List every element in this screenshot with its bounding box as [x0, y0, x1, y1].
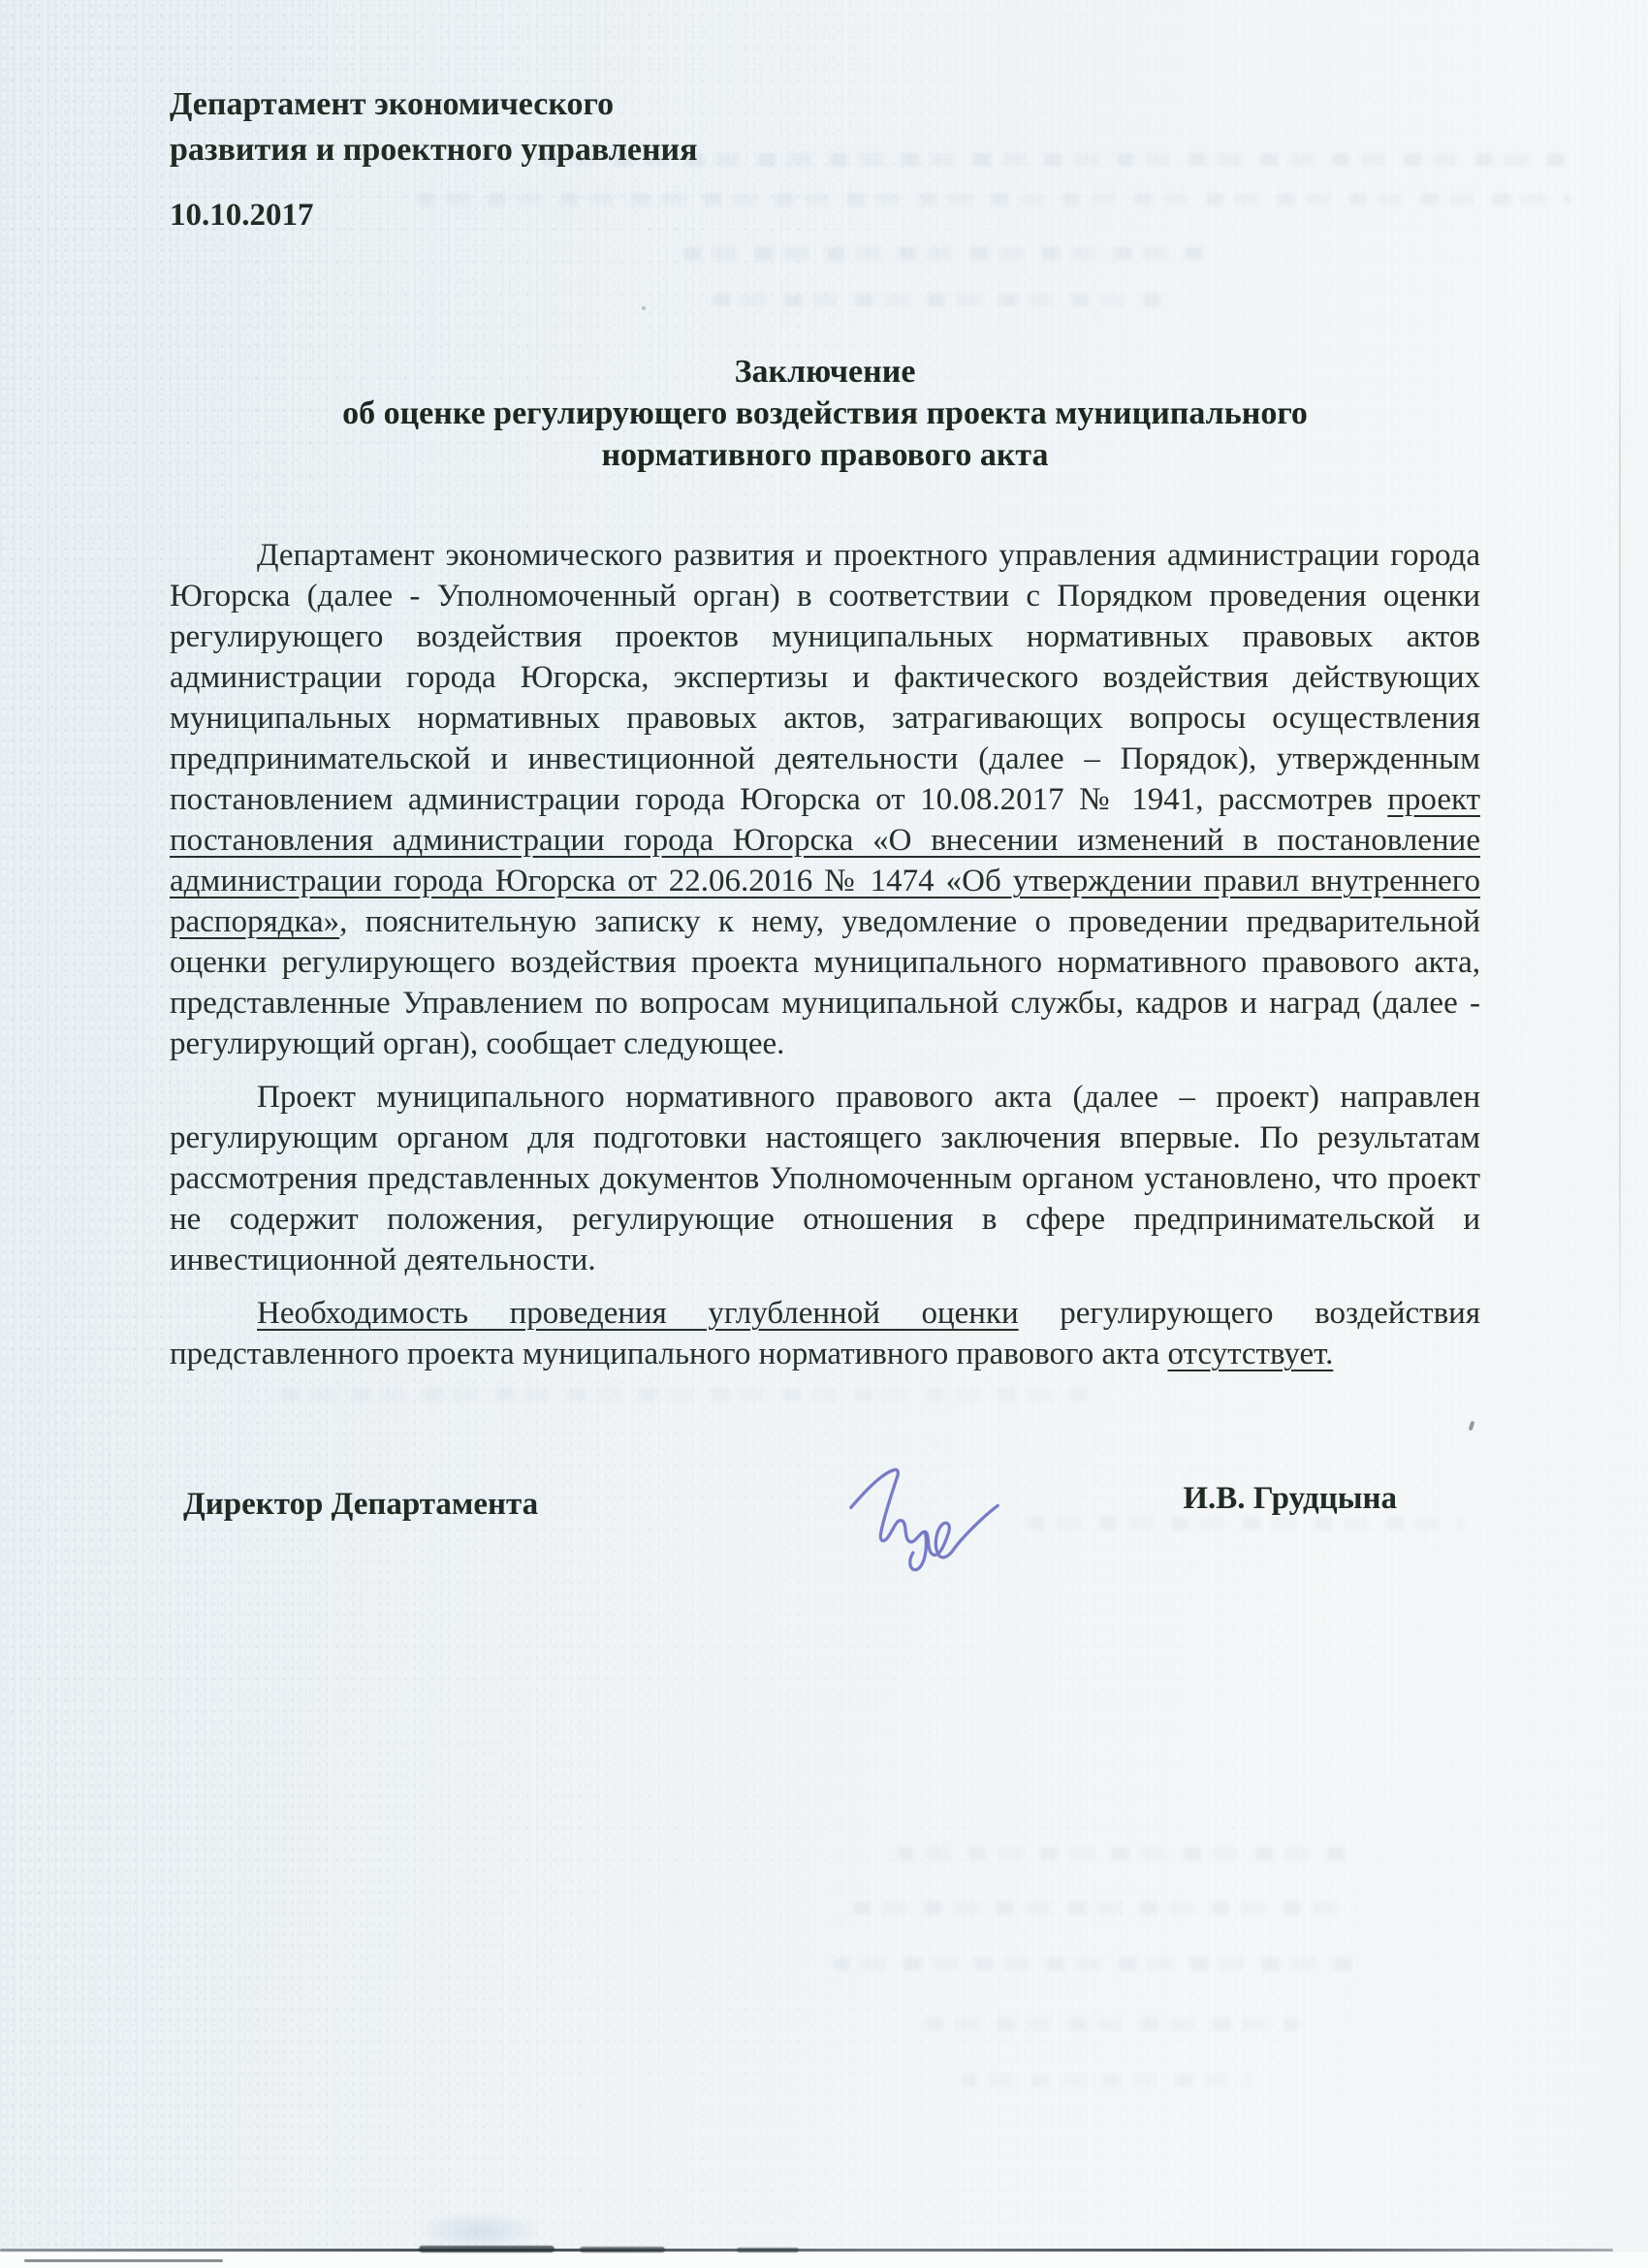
body-text: , пояснительную записку к нему, уведомле… [170, 904, 1480, 1061]
bleed-through-artifact [897, 1847, 1352, 1860]
underlined-text: Необходимость проведения углубленной оце… [257, 1296, 1019, 1331]
document-title-line2: об оценке регулирующего воздействия прое… [170, 393, 1480, 434]
page-bottom-edge-secondary [24, 2259, 223, 2262]
scanned-document-page: Департамент экономического развития и пр… [0, 0, 1648, 2268]
page-bottom-edge [0, 2249, 1613, 2252]
document-title: Заключение об оценке регулирующего возде… [170, 351, 1480, 476]
bleed-through-artifact [926, 2018, 1299, 2031]
bleed-through-artifact [1028, 1517, 1464, 1529]
org-name-line2: развития и проектного управления [170, 127, 698, 173]
org-name-line1: Департамент экономического [170, 81, 698, 127]
bleed-through-artifact [960, 2074, 1251, 2087]
org-name: Департамент экономического развития и пр… [170, 81, 698, 173]
document-body: Департамент экономического развития и пр… [170, 535, 1480, 1374]
document-title-line1: Заключение [170, 351, 1480, 393]
paragraph-conclusion: Необходимость проведения углубленной оце… [170, 1293, 1480, 1374]
bleed-through-artifact [683, 247, 1207, 260]
signer-role: Директор Департамента [183, 1487, 538, 1523]
page-bottom-edge-shadow [580, 2247, 665, 2252]
page-fold-line [1619, 252, 1621, 1376]
document-date: 10.10.2017 [170, 198, 314, 234]
paragraph-findings: Проект муниципального нормативного право… [170, 1077, 1480, 1280]
scan-speck [642, 306, 646, 310]
bleed-through-artifact [713, 294, 1168, 306]
scanner-background [0, 2252, 1648, 2268]
bleed-through-artifact [281, 1388, 1095, 1401]
bleed-through-artifact [417, 193, 1570, 205]
body-text: Проект муниципального нормативного право… [170, 1080, 1480, 1277]
bleed-through-artifact [853, 1902, 1357, 1914]
page-bottom-edge-shadow [737, 2248, 799, 2252]
underlined-text: отсутствует. [1167, 1337, 1333, 1371]
scan-smudge [415, 2212, 543, 2251]
scan-speck [1469, 1421, 1475, 1432]
body-text: Департамент экономического развития и пр… [170, 538, 1480, 817]
handwritten-signature-icon [845, 1458, 1005, 1579]
document-title-line3: нормативного правового акта [170, 434, 1480, 476]
signer-name: И.В. Грудцына [1183, 1481, 1397, 1517]
bleed-through-artifact [832, 1958, 1360, 1970]
paragraph-intro: Департамент экономического развития и пр… [170, 535, 1480, 1064]
page-bottom-edge-shadow [419, 2246, 555, 2252]
